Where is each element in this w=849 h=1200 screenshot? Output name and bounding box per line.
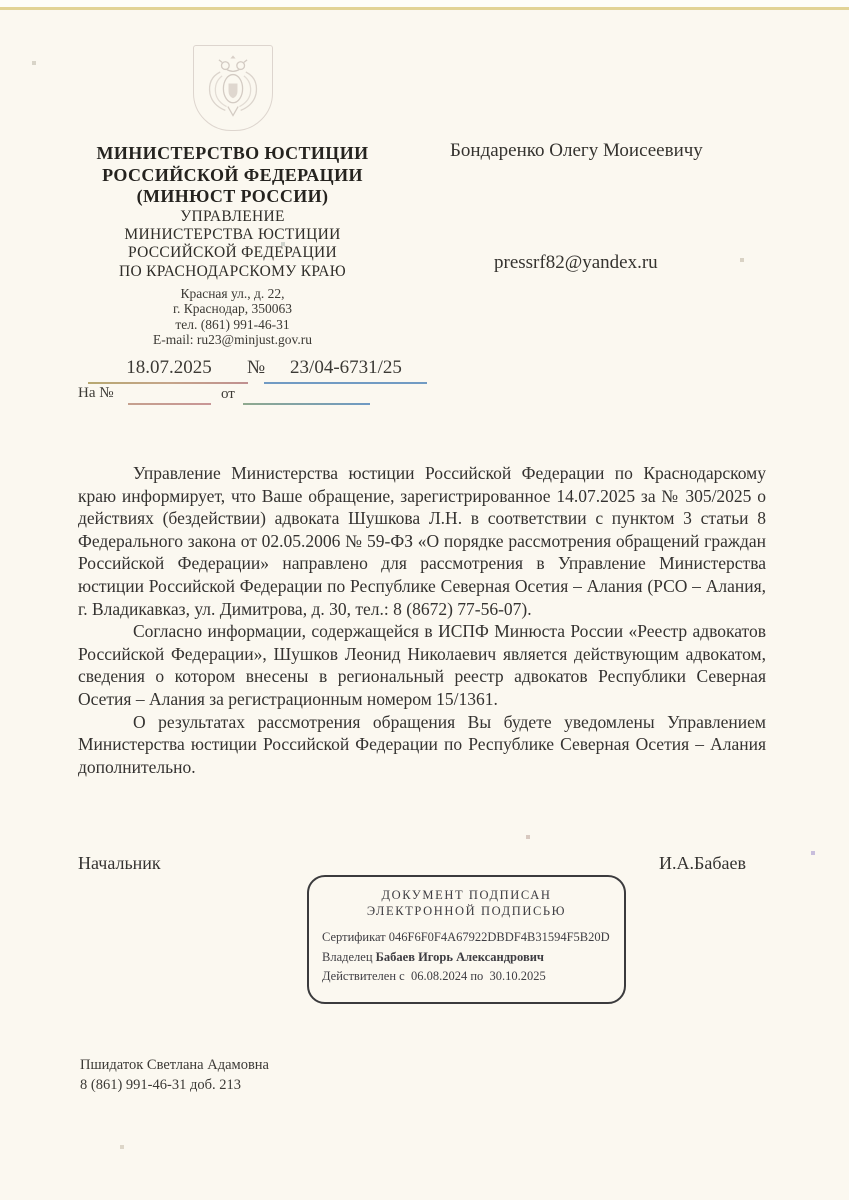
stamp-title-line: ЭЛЕКТРОННОЙ ПОДПИСЬЮ	[309, 904, 624, 920]
ministry-name-line: (МИНЮСТ РОССИИ)	[70, 186, 395, 208]
scanned-letter-page: МИНИСТЕРСТВО ЮСТИЦИИ РОССИЙСКОЙ ФЕДЕРАЦИ…	[0, 0, 849, 1200]
ministry-name-line: РОССИЙСКОЙ ФЕДЕРАЦИИ	[70, 165, 395, 187]
sender-address: Красная ул., д. 22, г. Краснодар, 350063…	[70, 286, 395, 347]
body-paragraph: Управление Министерства юстиции Российск…	[78, 462, 766, 620]
reply-to-date-label: от	[221, 386, 235, 403]
certificate-value: 046F6F0F4A67922DBDF4B31594F5B20D	[389, 930, 610, 944]
validity-from: 06.08.2024	[411, 969, 467, 983]
validity-label: Действителен с	[322, 969, 405, 983]
executor-phone: 8 (861) 991-46-31 доб. 213	[80, 1076, 269, 1096]
letterhead: МИНИСТЕРСТВО ЮСТИЦИИ РОССИЙСКОЙ ФЕДЕРАЦИ…	[70, 45, 395, 347]
validity-to: 30.10.2025	[490, 969, 546, 983]
number-underline	[264, 382, 427, 384]
department-name-line: РОССИЙСКОЙ ФЕДЕРАЦИИ	[70, 244, 395, 262]
scan-edge-line	[0, 7, 849, 10]
recipient-name: Бондаренко Олегу Моисеевичу	[450, 140, 703, 162]
department-name: УПРАВЛЕНИЕ МИНИСТЕРСТВА ЮСТИЦИИ РОССИЙСК…	[70, 208, 395, 282]
electronic-signature-stamp: ДОКУМЕНТ ПОДПИСАН ЭЛЕКТРОННОЙ ПОДПИСЬЮ С…	[307, 875, 626, 1004]
certificate-line: Сертификат 046F6F0F4A67922DBDF4B31594F5B…	[322, 928, 624, 948]
stamp-title-line: ДОКУМЕНТ ПОДПИСАН	[309, 888, 624, 904]
scan-specks	[0, 0, 2, 2]
executor-name: Пшидаток Светлана Адамовна	[80, 1056, 269, 1076]
coat-of-arms-icon	[193, 45, 273, 131]
owner-line: Владелец Бабаев Игорь Александрович	[322, 948, 624, 968]
letter-date: 18.07.2025	[90, 357, 248, 379]
owner-name: Бабаев Игорь Александрович	[376, 950, 544, 964]
ministry-name-line: МИНИСТЕРСТВО ЮСТИЦИИ	[70, 143, 395, 165]
body-paragraph: Согласно информации, содержащейся в ИСПФ…	[78, 620, 766, 710]
address-line: г. Краснодар, 350063	[70, 301, 395, 316]
date-underline	[88, 382, 248, 384]
validity-line: Действителен с 06.08.2024 по 30.10.2025	[322, 967, 624, 987]
address-line: тел. (861) 991-46-31	[70, 317, 395, 332]
address-line: Красная ул., д. 22,	[70, 286, 395, 301]
validity-to-label: по	[470, 969, 483, 983]
department-name-line: МИНИСТЕРСТВА ЮСТИЦИИ	[70, 226, 395, 244]
letter-number: 23/04-6731/25	[266, 357, 426, 379]
scan-edge-strip	[0, 0, 849, 7]
owner-label: Владелец	[322, 950, 373, 964]
reply-to-date-underline	[243, 403, 370, 405]
signer-position: Начальник	[78, 853, 161, 874]
signature-row: Начальник И.А.Бабаев	[78, 853, 746, 874]
ministry-name: МИНИСТЕРСТВО ЮСТИЦИИ РОССИЙСКОЙ ФЕДЕРАЦИ…	[70, 143, 395, 208]
body-paragraph: О результатах рассмотрения обращения Вы …	[78, 711, 766, 779]
signer-name: И.А.Бабаев	[659, 853, 746, 874]
reply-to-number-label: На №	[78, 385, 114, 402]
letter-body: Управление Министерства юстиции Российск…	[78, 462, 766, 778]
executor-contact: Пшидаток Светлана Адамовна 8 (861) 991-4…	[80, 1056, 269, 1095]
department-name-line: УПРАВЛЕНИЕ	[70, 208, 395, 226]
number-sign: №	[247, 357, 265, 379]
address-line: E-mail: ru23@minjust.gov.ru	[70, 332, 395, 347]
stamp-title: ДОКУМЕНТ ПОДПИСАН ЭЛЕКТРОННОЙ ПОДПИСЬЮ	[309, 888, 624, 919]
reply-to-number-underline	[128, 403, 211, 405]
certificate-label: Сертификат	[322, 930, 386, 944]
recipient-email: pressrf82@yandex.ru	[494, 252, 658, 274]
stamp-details: Сертификат 046F6F0F4A67922DBDF4B31594F5B…	[322, 928, 624, 987]
department-name-line: ПО КРАСНОДАРСКОМУ КРАЮ	[70, 263, 395, 281]
